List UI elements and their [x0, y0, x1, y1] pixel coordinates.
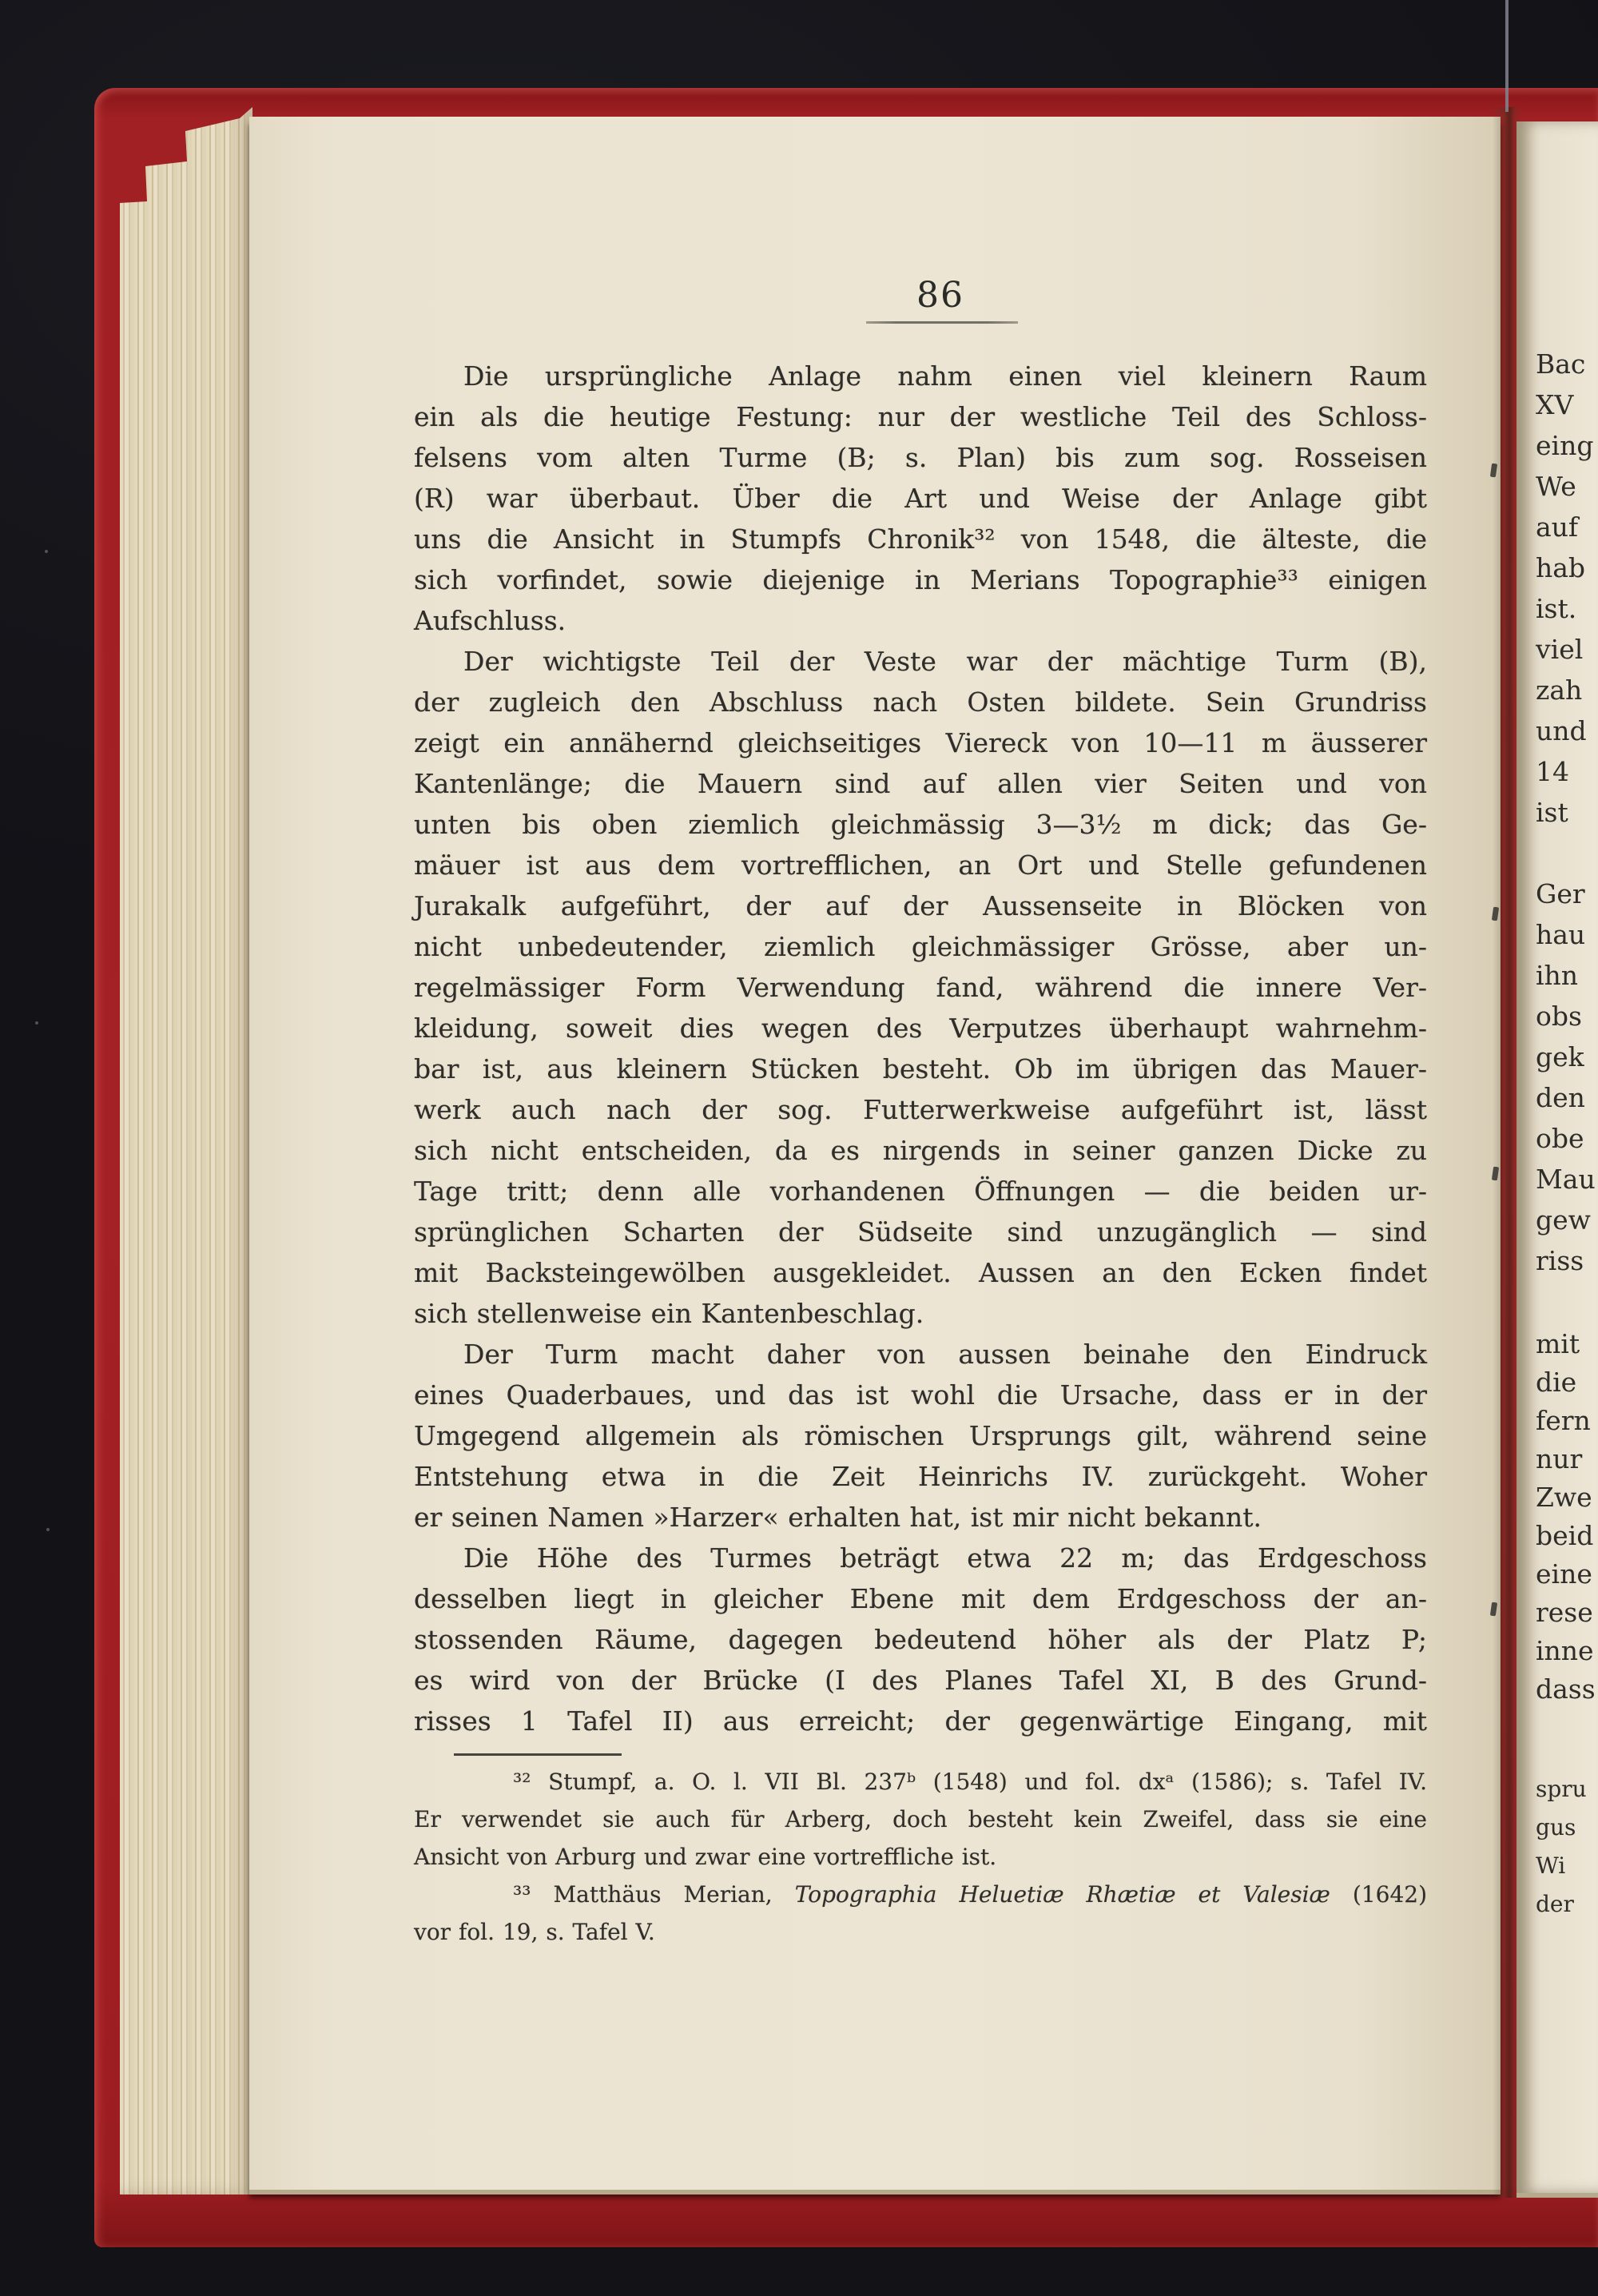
footnote-line: ³³ Matthäus Merian, Topographia Heluetiæ… — [414, 1876, 1427, 1913]
facing-page-line-fragment: ist. — [1536, 588, 1598, 629]
paragraph: Der wichtigste Teil der Veste war der mä… — [414, 641, 1427, 1334]
gutter-highlight-line — [1505, 0, 1509, 112]
text-line: es wird von der Brücke (I des Planes Taf… — [414, 1660, 1427, 1701]
text-block: Die ursprüngliche Anlage nahm einen viel… — [414, 356, 1427, 1951]
text-line: Jurakalk aufgeführt, der auf der Aussens… — [414, 885, 1427, 926]
body-paragraphs: Die ursprüngliche Anlage nahm einen viel… — [414, 356, 1427, 1741]
facing-page-line-fragment: XV — [1536, 384, 1598, 425]
text-line: werk auch nach der sog. Futterwerkweise … — [414, 1089, 1427, 1130]
facing-page-line-fragment: eing — [1536, 425, 1598, 466]
footnote-text: ³³ Matthäus Merian, — [513, 1881, 795, 1908]
facing-page-line-fragment: auf — [1536, 507, 1598, 547]
text-line: mit Backsteingewölben ausgekleidet. Auss… — [414, 1252, 1427, 1293]
book-photo-scene: 86 Die ursprüngliche Anlage nahm einen v… — [0, 0, 1598, 2296]
footnote-line: Er verwendet sie auch für Arberg, doch b… — [414, 1801, 1427, 1838]
text-line: sich stellenweise ein Kantenbeschlag. — [414, 1293, 1427, 1334]
facing-page-line-fragment: gus — [1536, 1809, 1598, 1847]
text-line: mäuer ist aus dem vortrefflichen, an Ort… — [414, 845, 1427, 885]
dust-speck — [46, 1528, 50, 1531]
text-line: unten bis oben ziemlich gleichmässig 3—3… — [414, 804, 1427, 845]
facing-page-line-fragment: eine — [1536, 1555, 1598, 1594]
facing-page-line-fragment: und — [1536, 710, 1598, 751]
facing-page-line-fragment: rese — [1536, 1594, 1598, 1632]
footnote-title-italic: Topographia Heluetiæ Rhætiæ et Valesiæ — [795, 1881, 1330, 1908]
page-number-rule — [866, 321, 1018, 324]
text-line: felsens vom alten Turme (B; s. Plan) bis… — [414, 437, 1427, 478]
facing-page-line-fragment: Mau — [1536, 1159, 1598, 1200]
facing-page-line-fragment: fern — [1536, 1402, 1598, 1440]
facing-page-line-fragment: obs — [1536, 996, 1598, 1037]
paragraph: Der Turm macht daher von aussen beinahe … — [414, 1334, 1427, 1538]
facing-page-line-fragment: We — [1536, 466, 1598, 507]
facing-page-line-fragment: riss — [1536, 1240, 1598, 1281]
footnote-separator — [454, 1753, 622, 1756]
facing-page-line-fragment: spru — [1536, 1770, 1598, 1809]
text-line: Die Höhe des Turmes beträgt etwa 22 m; d… — [414, 1538, 1427, 1578]
facing-page-line-fragment: Zwe — [1536, 1478, 1598, 1517]
text-line: Tage tritt; denn alle vorhandenen Öffnun… — [414, 1171, 1427, 1212]
facing-page-line-fragment: 14 — [1536, 751, 1598, 792]
paragraph: Die ursprüngliche Anlage nahm einen viel… — [414, 356, 1427, 641]
facing-page-line-fragment: obe — [1536, 1118, 1598, 1159]
page-number: 86 — [841, 275, 1040, 316]
text-line: kleidung, soweit dies wegen des Verputze… — [414, 1008, 1427, 1049]
text-line: regelmässiger Form Verwendung fand, währ… — [414, 967, 1427, 1008]
text-line: ein als die heutige Festung: nur der wes… — [414, 396, 1427, 437]
text-line: zeigt ein annähernd gleichseitiges Viere… — [414, 722, 1427, 763]
facing-page-line-fragment: gew — [1536, 1200, 1598, 1240]
left-page: 86 Die ursprüngliche Anlage nahm einen v… — [249, 117, 1501, 2190]
dust-speck — [35, 1021, 38, 1025]
facing-page-line-fragment: Wi — [1536, 1847, 1598, 1885]
facing-page-line-fragment: Bac — [1536, 344, 1598, 384]
facing-page-fragment-group: mitdiefernnurZwebeideinereseinnedass — [1517, 1325, 1598, 1709]
text-line: sich vorfindet, sowie diejenige in Meria… — [414, 559, 1427, 600]
footnote-line: ³² Stumpf, a. O. l. VII Bl. 237ᵇ (1548) … — [414, 1763, 1427, 1801]
text-line: Kantenlänge; die Mauern sind auf allen v… — [414, 763, 1427, 804]
text-line: Aufschluss. — [414, 600, 1427, 641]
facing-page-line-fragment: viel — [1536, 629, 1598, 670]
facing-page-line-fragment: beid — [1536, 1517, 1598, 1555]
facing-page-line-fragment: Ger — [1536, 873, 1598, 914]
footnote-text: ³² Stumpf, a. O. l. VII Bl. 237ᵇ (1548) … — [513, 1769, 1427, 1795]
facing-page-footnote-fragment-group: sprugusWider — [1517, 1770, 1598, 1924]
facing-page-line-fragment: inne — [1536, 1632, 1598, 1670]
facing-page-line-fragment: dass — [1536, 1670, 1598, 1709]
facing-page-line-fragment: ihn — [1536, 955, 1598, 996]
paragraph: Die Höhe des Turmes beträgt etwa 22 m; d… — [414, 1538, 1427, 1741]
footnote-text: Ansicht von Arburg und zwar eine vortref… — [414, 1844, 996, 1870]
facing-page-line-fragment: die — [1536, 1363, 1598, 1402]
footnote-text: (1642) — [1330, 1881, 1427, 1908]
facing-page-line-fragment: mit — [1536, 1325, 1598, 1363]
facing-page-line-fragment: nur — [1536, 1440, 1598, 1478]
text-line: uns die Ansicht in Stumpfs Chronik³² von… — [414, 519, 1427, 559]
text-line: Der Turm macht daher von aussen beinahe … — [414, 1334, 1427, 1375]
facing-page-line-fragment: ist — [1536, 792, 1598, 833]
text-line: stossenden Räume, dagegen bedeutend höhe… — [414, 1619, 1427, 1660]
footnote-line: vor fol. 19, s. Tafel V. — [414, 1913, 1427, 1951]
text-line: Die ursprüngliche Anlage nahm einen viel… — [414, 356, 1427, 396]
facing-page-line-fragment: zah — [1536, 670, 1598, 710]
text-line: (R) war überbaut. Über die Art und Weise… — [414, 478, 1427, 519]
text-line: der zugleich den Abschluss nach Osten bi… — [414, 682, 1427, 722]
footnote-line: Ansicht von Arburg und zwar eine vortref… — [414, 1838, 1427, 1876]
dust-speck — [45, 550, 48, 553]
facing-page-fragment-group: BacXVeingWeaufhabist.vielzahund14ist — [1517, 344, 1598, 833]
footnote-text: vor fol. 19, s. Tafel V. — [414, 1919, 655, 1945]
text-line: Der wichtigste Teil der Veste war der mä… — [414, 641, 1427, 682]
text-line: nicht unbedeutender, ziemlich gleichmäss… — [414, 926, 1427, 967]
text-line: bar ist, aus kleinern Stücken besteht. O… — [414, 1049, 1427, 1089]
text-line: eines Quaderbaues, und das ist wohl die … — [414, 1375, 1427, 1415]
facing-page-line-fragment: den — [1536, 1077, 1598, 1118]
text-line: Entstehung etwa in die Zeit Heinrichs IV… — [414, 1456, 1427, 1497]
facing-page-fragment-group: GerhauihnobsgekdenobeMaugewriss — [1517, 873, 1598, 1281]
text-line: Umgegend allgemein als römischen Ursprun… — [414, 1415, 1427, 1456]
facing-page-line-fragment: gek — [1536, 1037, 1598, 1077]
footnote-text: Er verwendet sie auch für Arberg, doch b… — [414, 1806, 1427, 1832]
footnotes: ³² Stumpf, a. O. l. VII Bl. 237ᵇ (1548) … — [414, 1763, 1427, 1951]
facing-page-line-fragment: hab — [1536, 547, 1598, 588]
text-line: sich nicht entscheiden, da es nirgends i… — [414, 1130, 1427, 1171]
text-line: sprünglichen Scharten der Südseite sind … — [414, 1212, 1427, 1252]
text-line: desselben liegt in gleicher Ebene mit de… — [414, 1578, 1427, 1619]
text-line: risses 1 Tafel II) aus erreicht; der geg… — [414, 1701, 1427, 1741]
facing-page-edge: BacXVeingWeaufhabist.vielzahund14ist Ger… — [1517, 121, 1598, 2193]
facing-page-line-fragment: der — [1536, 1885, 1598, 1924]
page-stack-fore-edge — [120, 107, 252, 2195]
text-line: er seinen Namen »Harzer« erhalten hat, i… — [414, 1497, 1427, 1538]
facing-page-line-fragment: hau — [1536, 914, 1598, 955]
